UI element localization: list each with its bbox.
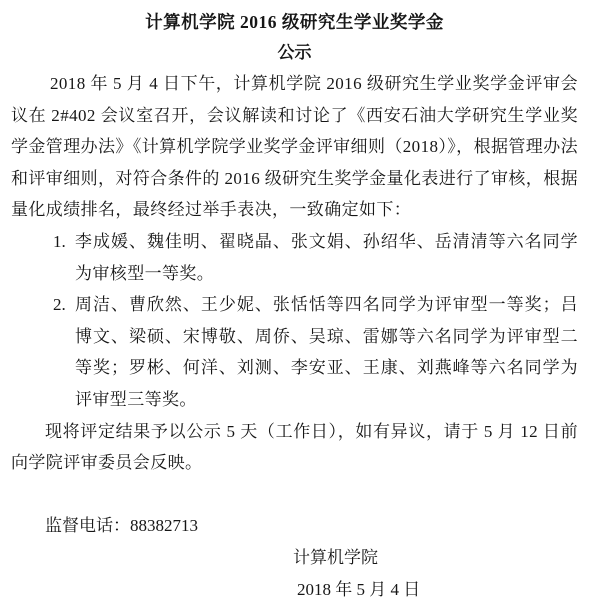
intro-paragraph: 2018 年 5 月 4 日下午，计算机学院 2016 级研究生学业奖学金评审会… xyxy=(11,68,578,226)
list-item-audit-first-prize: 1. 李成媛、魏佳明、翟晓晶、张文娟、孙绍华、岳清清等六名同学为审核型一等奖。 xyxy=(11,226,578,289)
award-list: 1. 李成媛、魏佳明、翟晓晶、张文娟、孙绍华、岳清清等六名同学为审核型一等奖。 … xyxy=(11,226,578,416)
list-item-number: 1. xyxy=(53,226,66,258)
supervision-phone: 监督电话：88382713 xyxy=(45,510,578,542)
notice-subtitle: 公示 xyxy=(11,38,578,68)
notice-document: 计算机学院 2016 级研究生学业奖学金 公示 2018 年 5 月 4 日下午… xyxy=(0,0,592,599)
signature-date: 2018 年 5 月 4 日 xyxy=(297,574,578,599)
signature-org: 计算机学院 xyxy=(293,542,578,574)
list-item-text: 李成媛、魏佳明、翟晓晶、张文娟、孙绍华、岳清清等六名同学为审核型一等奖。 xyxy=(75,232,578,283)
closing-paragraph: 现将评定结果予以公示 5 天（工作日），如有异议，请于 5 月 12 日前向学院… xyxy=(11,416,578,479)
list-item-text: 周洁、曹欣然、王少妮、张恬恬等四名同学为评审型一等奖；吕博文、梁硕、宋博敬、周侨… xyxy=(75,295,578,409)
list-item-number: 2. xyxy=(53,289,66,321)
list-item-review-prizes: 2. 周洁、曹欣然、王少妮、张恬恬等四名同学为评审型一等奖；吕博文、梁硕、宋博敬… xyxy=(11,289,578,415)
page-title: 计算机学院 2016 级研究生学业奖学金 xyxy=(11,6,578,38)
